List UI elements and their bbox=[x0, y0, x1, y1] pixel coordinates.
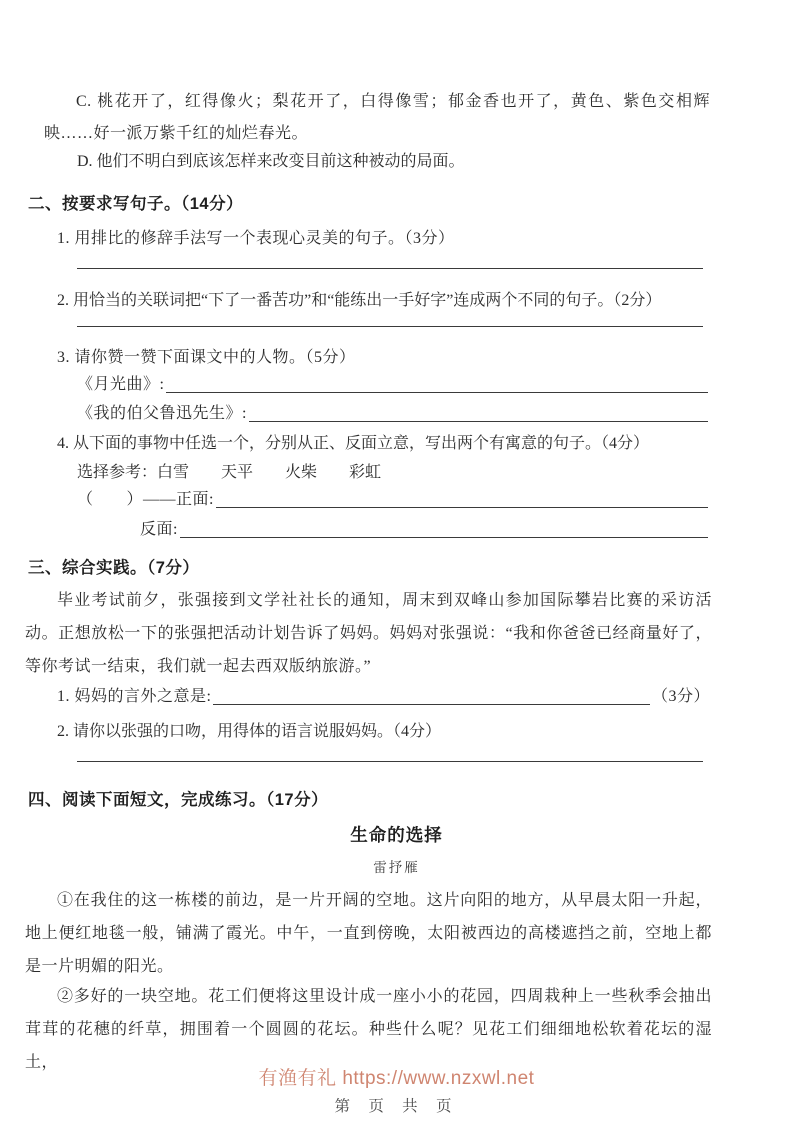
essay-title: 生命的选择 bbox=[0, 822, 793, 847]
page-number-footer: 第 页 共 页 bbox=[0, 1094, 793, 1116]
q3-uncle-label: 《我的伯父鲁迅先生》: bbox=[77, 401, 247, 427]
watermark-site-link[interactable]: 有渔有礼 https://www.nzxwl.net bbox=[0, 1063, 793, 1090]
essay-author: 雷抒雁 bbox=[0, 856, 793, 876]
section-two-q4: 4. 从下面的事物中任选一个，分别从正、反面立意，写出两个有寓意的句子。（4分） bbox=[57, 428, 649, 460]
section-two-q3: 3. 请你赞一赞下面课文中的人物。（5分） bbox=[57, 342, 356, 374]
essay-paragraph-1: ①在我住的这一栋楼的前边，是一片开阔的空地。这片向阳的地方，从早晨太阳一升起，地… bbox=[25, 884, 712, 983]
section-two-q2: 2. 用恰当的关联词把“下了一番苦功”和“能练出一手好字”连成两个不同的句子。（… bbox=[57, 285, 661, 317]
s3-q1-row: 1. 妈妈的言外之意是: （3分） bbox=[57, 684, 710, 710]
exam-paper-page: C. 桃花开了，红得像火；梨花开了，白得像雪；郁金香也开了，黄色、紫色交相辉映…… bbox=[0, 0, 793, 1122]
section-four-heading: 四、阅读下面短文，完成练习。（17分） bbox=[28, 786, 328, 810]
answer-blank bbox=[213, 704, 650, 705]
answer-blank bbox=[77, 268, 703, 269]
option-c-text: C. 桃花开了，红得像火；梨花开了，白得像雪；郁金香也开了，黄色、紫色交相辉映…… bbox=[44, 86, 710, 150]
q3-moonlight-label: 《月光曲》: bbox=[77, 372, 164, 398]
q3-moonlight-row: 《月光曲》: bbox=[77, 372, 710, 398]
answer-blank bbox=[249, 421, 708, 422]
q4-front-label: （ ）——正面: bbox=[77, 487, 214, 513]
q4-back-row: 反面: bbox=[140, 517, 710, 543]
answer-blank bbox=[77, 761, 703, 762]
s3-q1-score: （3分） bbox=[652, 684, 710, 710]
q4-back-label: 反面: bbox=[140, 517, 178, 543]
answer-blank bbox=[166, 392, 708, 393]
q3-uncle-row: 《我的伯父鲁迅先生》: bbox=[77, 401, 710, 427]
section-three-heading: 三、综合实践。（7分） bbox=[28, 554, 199, 578]
q4-front-row: （ ）——正面: bbox=[77, 487, 710, 513]
answer-blank bbox=[77, 326, 703, 327]
section-two-heading: 二、按要求写句子。（14分） bbox=[28, 190, 243, 214]
section-three-scenario: 毕业考试前夕，张强接到文学社社长的通知，周末到双峰山参加国际攀岩比赛的采访活动。… bbox=[25, 584, 712, 683]
s3-q2: 2. 请你以张强的口吻，用得体的语言说服妈妈。（4分） bbox=[57, 716, 441, 748]
answer-blank bbox=[180, 537, 708, 538]
answer-blank bbox=[216, 507, 708, 508]
s3-q1-label: 1. 妈妈的言外之意是: bbox=[57, 684, 211, 710]
option-d-text: D. 他们不明白到底该怎样来改变目前这种被动的局面。 bbox=[77, 146, 465, 178]
q4-reference-list: 选择参考：白雪 天平 火柴 彩虹 bbox=[77, 457, 381, 489]
section-two-q1: 1. 用排比的修辞手法写一个表现心灵美的句子。（3分） bbox=[57, 223, 455, 255]
